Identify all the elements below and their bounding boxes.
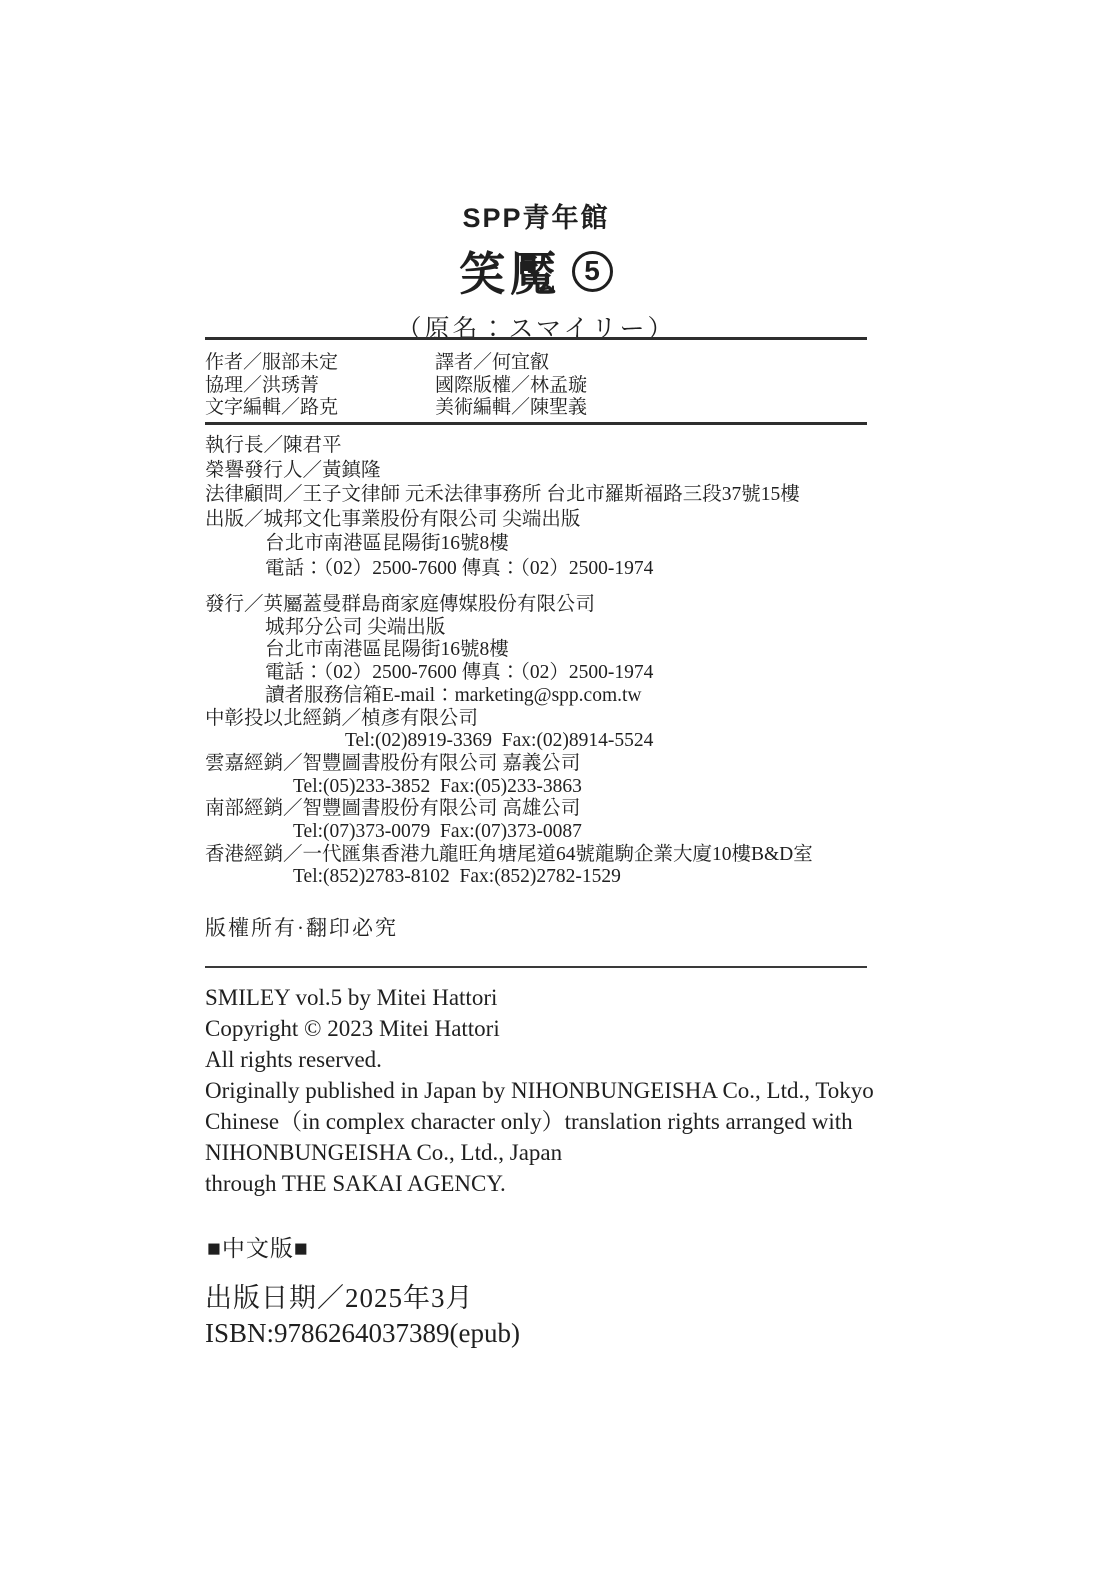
distributor-yunjia-tel: Tel:(05)233-3852 Fax:(05)233-3863 bbox=[205, 776, 813, 799]
credit-line: 文字編輯／路克 bbox=[205, 397, 435, 420]
copyright-line: through THE SAKAI AGENCY. bbox=[205, 1168, 874, 1199]
distributor-yunjia: 雲嘉經銷／智豐圖書股份有限公司 嘉義公司 bbox=[205, 753, 813, 776]
distributor-hongkong-tel: Tel:(852)2783-8102 Fax:(852)2782-1529 bbox=[205, 866, 813, 889]
copyright-line: Copyright © 2023 Mitei Hattori bbox=[205, 1013, 874, 1044]
english-copyright-section: SMILEY vol.5 by Mitei Hattori Copyright … bbox=[205, 982, 874, 1199]
copyright-line: All rights reserved. bbox=[205, 1044, 874, 1075]
divider-middle bbox=[205, 966, 867, 968]
credits-column-left: 作者／服部未定 協理／洪琇菁 文字編輯／路克 bbox=[205, 352, 435, 420]
divider-top bbox=[205, 337, 867, 340]
distributor-north: 中彰投以北經銷／楨彥有限公司 bbox=[205, 708, 813, 731]
publisher-address: 台北市南港區昆陽街16號8樓 bbox=[205, 532, 800, 557]
copyright-line: Originally published in Japan by NIHONBU… bbox=[205, 1075, 874, 1106]
distribution-line: 城邦分公司 尖端出版 bbox=[205, 617, 813, 640]
credits-column-right: 譯者／何宜叡 國際版權／林孟璇 美術編輯／陳聖義 bbox=[435, 352, 587, 420]
distributor-south-tel: Tel:(07)373-0079 Fax:(07)373-0087 bbox=[205, 821, 813, 844]
credit-line: 譯者／何宜叡 bbox=[435, 352, 587, 375]
publisher-phone: 電話：（02）2500-7600 傳真：（02）2500-1974 bbox=[205, 557, 800, 582]
volume-number: 5 bbox=[584, 255, 600, 287]
divider-credits-bottom bbox=[205, 422, 867, 425]
publication-date: 出版日期／2025年3月 bbox=[205, 1276, 474, 1315]
distributor-phone: 電話：（02）2500-7600 傳真：（02）2500-1974 bbox=[205, 662, 813, 685]
copyright-line: Chinese（in complex character only）transl… bbox=[205, 1106, 874, 1137]
credits-section: 作者／服部未定 協理／洪琇菁 文字編輯／路克 譯者／何宜叡 國際版權／林孟璇 美… bbox=[205, 352, 587, 420]
colophon-page: SPP青年館 笑魘 5 （原名：スマイリー） 作者／服部未定 協理／洪琇菁 文字… bbox=[0, 0, 1100, 1584]
volume-badge: 5 bbox=[572, 251, 613, 292]
distribution-line: 發行／英屬蓋曼群島商家庭傳媒股份有限公司 bbox=[205, 594, 813, 617]
credit-line: 美術編輯／陳聖義 bbox=[435, 397, 587, 420]
publishing-line: 法律顧問／王子文律師 元禾法律事務所 台北市羅斯福路三段37號15樓 bbox=[205, 483, 800, 508]
book-title-text: 笑魘 bbox=[460, 238, 562, 304]
book-title: 笑魘 5 bbox=[205, 238, 867, 304]
publishing-section: 執行長／陳君平 榮譽發行人／黃鎮隆 法律顧問／王子文律師 元禾法律事務所 台北市… bbox=[205, 434, 800, 582]
publishing-line: 執行長／陳君平 bbox=[205, 434, 800, 459]
copyright-line: SMILEY vol.5 by Mitei Hattori bbox=[205, 982, 874, 1013]
rights-notice: 版權所有·翻印必究 bbox=[205, 912, 398, 942]
publishing-line: 出版／城邦文化事業股份有限公司 尖端出版 bbox=[205, 508, 800, 533]
credit-line: 協理／洪琇菁 bbox=[205, 375, 435, 398]
credit-line: 國際版權／林孟璇 bbox=[435, 375, 587, 398]
distributor-south: 南部經銷／智豐圖書股份有限公司 高雄公司 bbox=[205, 798, 813, 821]
copyright-line: NIHONBUNGEISHA Co., Ltd., Japan bbox=[205, 1137, 874, 1168]
isbn-number: ISBN:9786264037389(epub) bbox=[205, 1318, 520, 1349]
distributor-hongkong: 香港經銷／一代匯集香港九龍旺角塘尾道64號龍駒企業大廈10樓B&D室 bbox=[205, 844, 813, 867]
distributor-north-tel: Tel:(02)8919-3369 Fax:(02)8914-5524 bbox=[205, 730, 813, 753]
publishing-line: 榮譽發行人／黃鎮隆 bbox=[205, 459, 800, 484]
title-block: SPP青年館 笑魘 5 （原名：スマイリー） bbox=[205, 196, 867, 345]
credit-line: 作者／服部未定 bbox=[205, 352, 435, 375]
reader-service-email: 讀者服務信箱E-mail：marketing@spp.com.tw bbox=[205, 685, 813, 708]
imprint-label: SPP青年館 bbox=[205, 196, 867, 235]
distribution-section: 發行／英屬蓋曼群島商家庭傳媒股份有限公司 城邦分公司 尖端出版 台北市南港區昆陽… bbox=[205, 594, 813, 889]
edition-label: ■中文版■ bbox=[207, 1230, 309, 1263]
distributor-address: 台北市南港區昆陽街16號8樓 bbox=[205, 639, 813, 662]
